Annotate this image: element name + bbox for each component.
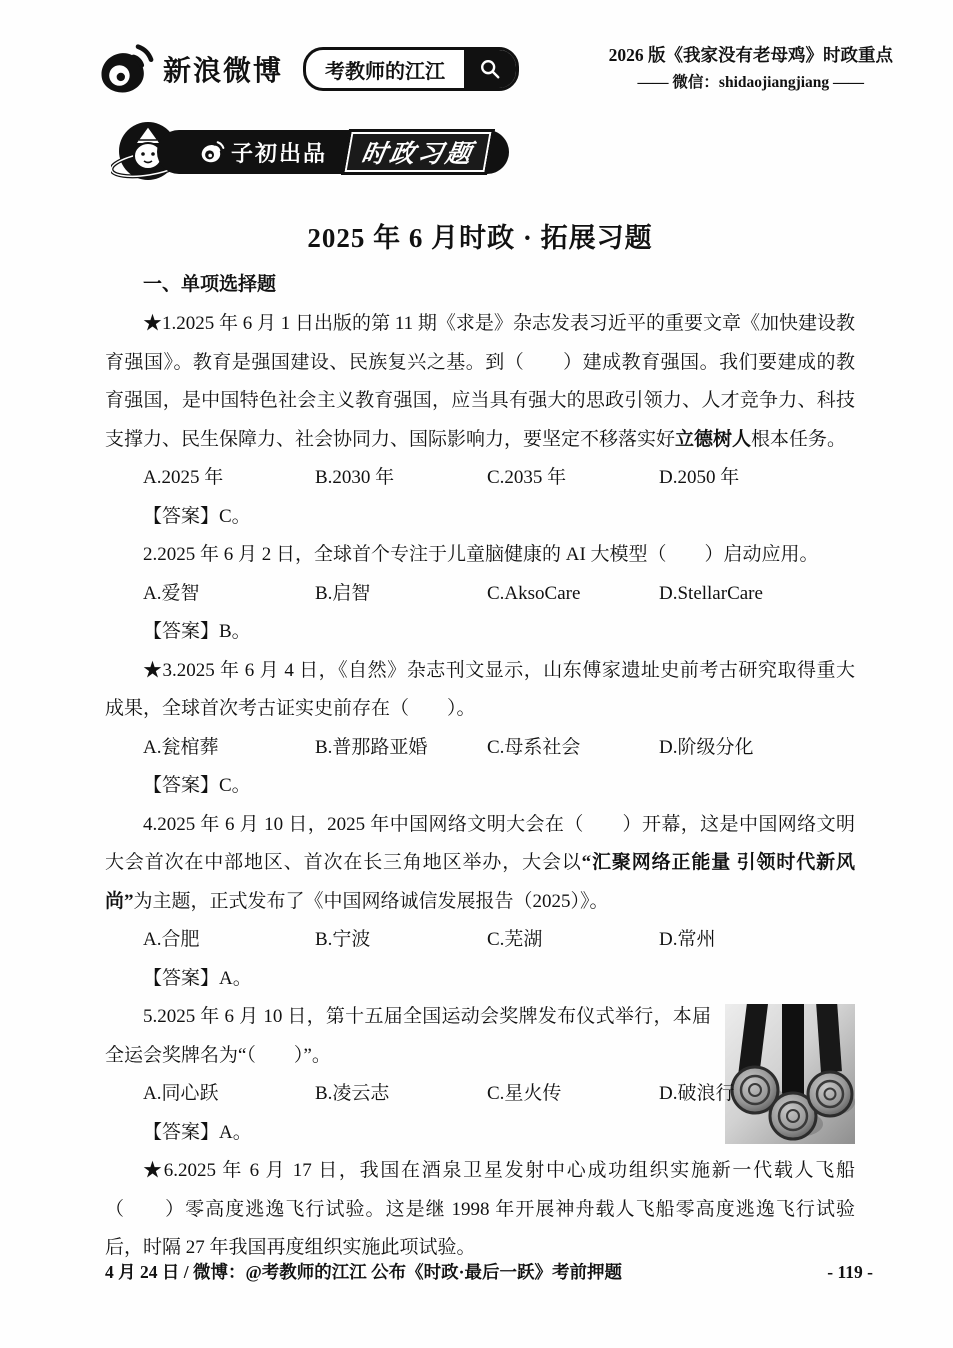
weibo-eye-icon (95, 42, 155, 96)
search-button (464, 50, 516, 88)
brand-name: 新浪微博 (163, 49, 283, 89)
medals-photo (725, 1004, 855, 1144)
option-c: C.星火传 (487, 1075, 659, 1114)
weibo-eye-icon-small (199, 140, 225, 164)
option-d: D.StellarCare (659, 575, 763, 614)
option-a: A.同心跃 (143, 1075, 315, 1114)
question-stem: ★6.2025 年 6 月 17 日，我国在酒泉卫星发射中心成功组织实施新一代载… (105, 1152, 855, 1268)
question-block-4: 4.2025 年 6 月 10 日，2025 年中国网络文明大会在（ ）开幕，这… (105, 806, 855, 999)
option-c: C.2035 年 (487, 459, 659, 498)
option-c: C.芜湖 (487, 921, 659, 960)
option-b: B.启智 (315, 575, 487, 614)
answer-line: 【答案】C。 (105, 767, 855, 806)
options-row: A.合肥 B.宁波 C.芜湖 D.常州 (105, 921, 855, 960)
answer-line: 【答案】C。 (105, 498, 855, 537)
stem-text: ★6.2025 年 6 月 17 日，我国在酒泉卫星发射中心成功组织实施新一代载… (105, 1160, 855, 1258)
page-number: - 119 - (827, 1262, 873, 1283)
page-header: 新浪微博 考教师的江江 2026 版《我家没有老母鸡》时政重点 —— 微信：sh… (0, 0, 953, 96)
scanned-document-page: 新浪微博 考教师的江江 2026 版《我家没有老母鸡》时政重点 —— 微信：sh… (0, 0, 953, 1348)
option-a: A.爱智 (143, 575, 315, 614)
stem-bold-text: 立德树人 (675, 429, 751, 450)
option-a: A.合肥 (143, 921, 315, 960)
question-block-2: 2.2025 年 6 月 2 日，全球首个专注于儿童脑健康的 AI 大模型（ ）… (105, 536, 855, 652)
options-row: A.同心跃 B.凌云志 C.星火传 D.破浪行 (105, 1075, 711, 1114)
question-block-5: 5.2025 年 6 月 10 日，第十五届全国运动会奖牌发布仪式举行，本届全运… (105, 998, 855, 1152)
stamp-series-label: 时政习题 (341, 129, 495, 175)
stem-text: 根本任务。 (751, 429, 846, 450)
edition-title: 2026 版《我家没有老母鸡》时政重点 (609, 43, 893, 68)
magnifier-icon (479, 58, 501, 80)
stem-text: 5.2025 年 6 月 10 日，第十五届全国运动会奖牌发布仪式举行，本届全运… (105, 1006, 711, 1066)
option-c: C.AksoCare (487, 575, 659, 614)
question-stem: ★3.2025 年 6 月 4 日，《自然》杂志刊文显示，山东傅家遗址史前考古研… (105, 652, 855, 729)
option-a: A.2025 年 (143, 459, 315, 498)
option-b: B.普那路亚婚 (315, 729, 487, 768)
option-d: D.破浪行 (659, 1075, 734, 1114)
options-row: A.爱智 B.启智 C.AksoCare D.StellarCare (105, 575, 855, 614)
question-stem: 2.2025 年 6 月 2 日，全球首个专注于儿童脑健康的 AI 大模型（ ）… (105, 536, 855, 575)
footer-note: 4 月 24 日 / 微博：@考教师的江江 公布《时政·最后一跃》考前押题 (105, 1259, 622, 1284)
search-pill: 考教师的江江 (303, 47, 519, 91)
edition-info: 2026 版《我家没有老母鸡》时政重点 —— 微信：shidaojiangjia… (609, 43, 893, 95)
option-d: D.2050 年 (659, 459, 739, 498)
page-footer: 4 月 24 日 / 微博：@考教师的江江 公布《时政·最后一跃》考前押题 - … (105, 1259, 873, 1284)
option-a: A.瓮棺葬 (143, 729, 315, 768)
brand-group: 新浪微博 考教师的江江 (95, 42, 519, 96)
question-stem: 4.2025 年 6 月 10 日，2025 年中国网络文明大会在（ ）开幕，这… (105, 806, 855, 922)
question-block-6: ★6.2025 年 6 月 17 日，我国在酒泉卫星发射中心成功组织实施新一代载… (105, 1152, 855, 1268)
question-block-1: ★1.2025 年 6 月 1 日出版的第 11 期《求是》杂志发表习近平的重要… (105, 305, 855, 536)
section-heading: 一、单项选择题 (105, 265, 855, 305)
question-block-3: ★3.2025 年 6 月 4 日，《自然》杂志刊文显示，山东傅家遗址史前考古研… (105, 652, 855, 806)
option-b: B.宁波 (315, 921, 487, 960)
answer-line: 【答案】A。 (105, 960, 855, 999)
option-d: D.阶级分化 (659, 729, 753, 768)
options-row: A.瓮棺葬 B.普那路亚婚 C.母系社会 D.阶级分化 (105, 729, 855, 768)
producer-stamp: 子初出品 时政习题 (111, 118, 855, 192)
stem-text: 为主题，正式发布了《中国网络诚信发展报告（2025）》。 (134, 891, 609, 912)
stem-text: ★3.2025 年 6 月 4 日，《自然》杂志刊文显示，山东傅家遗址史前考古研… (105, 660, 855, 720)
page-title: 2025 年 6 月时政 · 拓展习题 (105, 216, 855, 255)
stamp-pill: 子初出品 时政习题 (157, 130, 509, 174)
option-b: B.2030 年 (315, 459, 487, 498)
wechat-line: —— 微信：shidaojiangjiang —— (609, 72, 893, 94)
answer-line: 【答案】B。 (105, 613, 855, 652)
stamp-producer-label: 子初出品 (231, 137, 327, 168)
option-d: D.常州 (659, 921, 715, 960)
options-row: A.2025 年 B.2030 年 C.2035 年 D.2050 年 (105, 459, 855, 498)
option-c: C.母系社会 (487, 729, 659, 768)
stem-text: 2.2025 年 6 月 2 日，全球首个专注于儿童脑健康的 AI 大模型（ ）… (143, 544, 819, 565)
search-text: 考教师的江江 (306, 55, 464, 84)
option-b: B.凌云志 (315, 1075, 487, 1114)
question-stem: ★1.2025 年 6 月 1 日出版的第 11 期《求是》杂志发表习近平的重要… (105, 305, 855, 459)
